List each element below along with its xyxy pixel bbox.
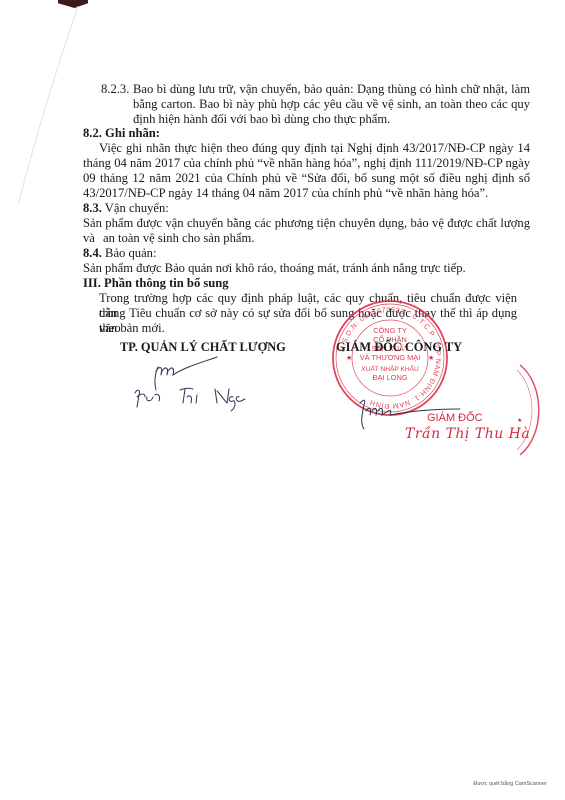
section-8-3-title: Vận chuyển: xyxy=(102,201,169,215)
section-8-4-number: 8.4. xyxy=(83,246,102,260)
section-8-2-3-line: bằng carton. Bao bì này phù hợp các yêu … xyxy=(133,97,530,112)
section-8-2-3-line: định hiện hành đối với bao bì dùng cho t… xyxy=(133,112,390,127)
section-8-2-line: Việc ghi nhãn thực hiện theo đúng quy đị… xyxy=(99,141,530,156)
section-8-2-line: 09 tháng 12 năm 2021 của Chính phủ về “S… xyxy=(83,171,530,186)
document-page: 8.2.3. Bao bì dùng lưu trữ, vận chuyển, … xyxy=(0,0,565,800)
section-8-2-3-number: 8.2.3. xyxy=(101,82,129,97)
stamp-star-icon: ★ xyxy=(346,354,352,362)
section-8-3-number: 8.3. xyxy=(83,201,102,215)
director-role: GIÁM ĐỐC xyxy=(427,412,483,424)
section-8-4-heading: 8.4. Bảo quản: xyxy=(83,246,156,261)
section-8-2-line: 43/2017/NĐ-CP ngày 14 tháng 04 năm 2017 … xyxy=(83,186,488,201)
stamp-line: CÔNG TY xyxy=(373,326,407,335)
director-name: Trần Thị Thu Hà xyxy=(405,426,530,442)
section-8-2-heading: 8.2. Ghi nhãn: xyxy=(83,126,160,141)
left-signature-scribble xyxy=(125,345,255,415)
section-8-3-heading: 8.3. Vận chuyển: xyxy=(83,201,169,216)
stamp-line: ĐẠI LONG xyxy=(372,373,408,382)
stamp-star-icon: ★ xyxy=(428,354,434,362)
section-III-line: văn bản mới. xyxy=(99,321,165,336)
section-III-heading: III. Phần thông tin bổ sung xyxy=(83,276,229,291)
camscanner-footer: Được quét bằng CamScanner xyxy=(473,781,547,787)
section-8-4-line: Sản phẩm được Bảo quản nơi khô ráo, thoá… xyxy=(83,261,466,276)
stamp-line: XUẤT NHẬP KHẨU xyxy=(361,363,419,373)
section-8-2-line: tháng 04 năm 2017 của chính phủ “về nhãn… xyxy=(83,156,530,171)
section-8-4-title: Bảo quản: xyxy=(102,246,157,260)
svg-text:★: ★ xyxy=(517,417,522,424)
section-8-2-3-line: Bao bì dùng lưu trữ, vận chuyển, bảo quả… xyxy=(133,82,530,97)
right-signature-title: GIÁM ĐỐC CÔNG TY xyxy=(336,340,462,355)
partial-stamp: ★ xyxy=(515,360,565,460)
section-8-3-line: an toàn vệ sinh cho sản phẩm. xyxy=(103,231,254,246)
